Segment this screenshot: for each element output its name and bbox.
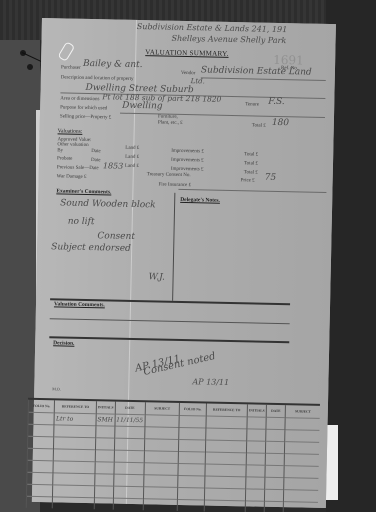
cell [284, 490, 318, 503]
land-label-3: Land £ [125, 164, 139, 169]
cell [266, 417, 286, 429]
cell [204, 488, 246, 501]
total-label-2: Total £ [244, 161, 258, 166]
col-reference-to: REFERENCE TO [55, 400, 97, 413]
area-label: Area or dimensions [60, 96, 99, 102]
tenure-value: F.S. [268, 97, 285, 107]
cell [265, 441, 285, 453]
vendor-label: Vendor [181, 71, 196, 76]
examiner-comments-heading: Examiner's Comments. [56, 188, 111, 195]
purpose-value: Dwelling [122, 101, 163, 112]
cell [145, 415, 180, 428]
cell [205, 428, 247, 441]
col-subject-2: SUBJECT [285, 405, 319, 418]
total-label-1: Total £ [244, 152, 258, 157]
cell [27, 460, 54, 473]
cell [206, 416, 248, 429]
plant-label: Plant, etc., £ [158, 120, 183, 126]
cell [54, 437, 96, 450]
vendor-value: Subdivision Estate Land [201, 65, 312, 77]
cell [178, 475, 205, 488]
cell [27, 472, 54, 485]
cell [53, 473, 95, 486]
valuation-summary-form: Subdivision Estate & Lands 241, 191 Shel… [32, 18, 336, 508]
header-handwriting-1: Subdivision Estate & Lands 241, 191 [137, 22, 288, 34]
col-subject: SUBJECT [145, 402, 180, 415]
cell [245, 489, 264, 501]
cell [27, 448, 54, 461]
column-divider [172, 193, 175, 301]
valuation-comments-heading: Valuation Comments. [54, 301, 105, 308]
cell [95, 450, 114, 462]
date-label-2: Date [91, 158, 101, 163]
cell [28, 424, 55, 437]
examiner-comment-line: Consent [97, 231, 135, 242]
cell [246, 441, 265, 453]
cell [53, 461, 95, 474]
price-value: 75 [265, 173, 277, 183]
cell [114, 450, 144, 463]
fire-insurance-label: Fire Insurance £ [158, 182, 191, 188]
cell [205, 440, 247, 453]
cell [94, 498, 113, 510]
other-valuation-label: Other valuation [57, 142, 88, 148]
by-label: By [57, 148, 63, 153]
col-date: DATE [115, 402, 145, 415]
col-folio-no-2: FOLIO No. [179, 403, 206, 416]
cell [246, 477, 265, 489]
cell-date: 11/11/55 [115, 414, 145, 427]
cell-initials: SMH [96, 414, 115, 426]
purchaser-label: Purchaser [61, 65, 81, 70]
examiner-comment-line: no lift [68, 217, 95, 228]
cell [247, 429, 266, 441]
cell [246, 453, 265, 465]
delegate-notes-heading: Delegate's Notes. [180, 197, 220, 204]
total-label-3: Total £ [244, 170, 258, 175]
cell [144, 463, 179, 476]
cell [285, 418, 319, 431]
selling-price-label: Selling price—Property £ [60, 114, 111, 120]
col-date-2: DATE [266, 405, 286, 418]
cell [264, 477, 284, 489]
header-handwriting-2: Shelleys Avenue Shelly Park [172, 34, 287, 45]
cell [26, 484, 53, 497]
cell [143, 499, 178, 511]
col-initials: INITIALS [96, 401, 115, 414]
total-label: Total £ [252, 123, 266, 128]
previous-sale-label: Previous Sale—Date [57, 165, 99, 171]
decision-heading: Decision. [53, 340, 74, 346]
cell [264, 501, 284, 512]
cell [144, 439, 179, 452]
cell [265, 465, 285, 477]
cell [114, 426, 144, 439]
cell [53, 497, 95, 509]
cell [264, 489, 284, 501]
treasury-consent-label: Treasury Consent No. [147, 172, 191, 178]
cell [247, 417, 266, 429]
purpose-label: Purpose for which used [60, 105, 107, 111]
cell-reference-to: Ltr to [54, 413, 96, 426]
cell [96, 426, 115, 438]
purpose-rule [120, 113, 325, 118]
page-title: VALUATION SUMMARY. [145, 48, 228, 58]
cell [54, 449, 96, 462]
valuations-heading: Valuations: [58, 128, 83, 135]
register-table: FOLIO No. REFERENCE TO INITIALS DATE SUB… [26, 400, 320, 512]
cell [143, 475, 178, 488]
examiner-initials: W.J. [148, 272, 165, 282]
cell [179, 427, 206, 440]
date-label: Date [91, 149, 101, 154]
cell [53, 485, 95, 498]
cell [285, 430, 319, 443]
decision-initials: AP 13/11 [192, 377, 229, 387]
col-reference-to-2: REFERENCE TO [206, 404, 248, 417]
cell [143, 487, 178, 500]
previous-sale-date: 1853 [103, 161, 124, 170]
vendor-rule [201, 77, 326, 81]
cell [178, 463, 205, 476]
cell [144, 427, 179, 440]
cell [113, 486, 143, 499]
cell [95, 438, 114, 450]
paperclip-icon [57, 41, 75, 62]
tenure-label: Tenure [245, 102, 259, 107]
total-value: 180 [272, 118, 289, 128]
cell [27, 436, 54, 449]
cell [95, 474, 114, 486]
cell [54, 425, 96, 438]
col-folio-no: FOLIO No. [28, 400, 55, 413]
cell [204, 500, 246, 512]
cell [26, 496, 53, 508]
cell [204, 476, 246, 489]
improvements-label-2: Improvements £ [171, 158, 204, 164]
land-label-2: Land £ [125, 155, 139, 160]
improvements-label-3: Improvements £ [171, 167, 204, 173]
cell [179, 439, 206, 452]
cell [283, 502, 317, 512]
description-value-1: Ltd. [191, 77, 205, 85]
form-number: M.O. [52, 386, 61, 391]
examiner-comment-line: Subject endorsed [51, 242, 131, 254]
description-label: Description and location of property [61, 75, 134, 82]
cell [113, 474, 143, 487]
cell [179, 415, 206, 428]
cell [285, 442, 319, 455]
cell [205, 452, 247, 465]
cell [284, 454, 318, 467]
cell [177, 499, 204, 511]
cell [246, 465, 265, 477]
land-label: Land £ [125, 146, 139, 151]
cell [95, 462, 114, 474]
cell [28, 412, 55, 425]
section-divider [50, 318, 290, 324]
price-label: Price £ [241, 178, 255, 183]
cell [178, 451, 205, 464]
cell [114, 438, 144, 451]
pin-icon [27, 64, 33, 70]
probate-label: Probate [57, 156, 72, 161]
improvements-label: Improvements £ [171, 149, 204, 155]
col-initials-2: INITIALS [247, 404, 266, 417]
war-damage-label: War Damage £ [57, 174, 87, 180]
cell [94, 486, 113, 498]
cell [114, 462, 144, 475]
section-divider [49, 336, 289, 343]
decision-handwriting: Consent noted [142, 351, 216, 378]
purchaser-value: Bailey & ant. [83, 59, 143, 70]
fire-insurance-rule [178, 189, 326, 193]
furniture-label: Furniture, [158, 114, 178, 119]
cell [245, 501, 264, 512]
cell [113, 498, 143, 510]
cell [284, 466, 318, 479]
cell [284, 478, 318, 491]
cell [178, 487, 205, 500]
examiner-comment-line: Sound Wooden block [60, 198, 156, 210]
cell [205, 464, 247, 477]
cell [265, 429, 285, 441]
cell [265, 453, 285, 465]
cell [144, 451, 179, 464]
